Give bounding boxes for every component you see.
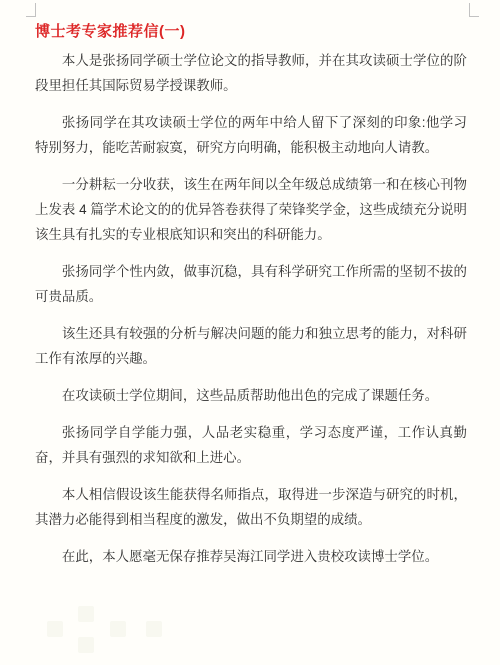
watermark-spot [78,606,94,622]
paragraph: 张扬同学个性内敛，做事沉稳，具有科学研究工作所需的坚韧不拔的可贵品质。 [35,259,467,309]
document-body: 博士考专家推荐信(一) 本人是张扬同学硕士学位论文的指导教师，并在其攻读硕士学位… [35,22,467,581]
watermark-spot [78,637,94,653]
paragraph: 该生还具有较强的分析与解决问题的能力和独立思考的能力，对科研工作有浓厚的兴趣。 [35,321,467,371]
paragraph: 本人是张扬同学硕士学位论文的指导教师，并在其攻读硕士学位的阶段里担任其国际贸易学… [35,48,467,98]
watermark-spot [110,621,126,637]
paragraph: 在此，本人愿毫无保存推荐吴海江同学进入贵校攻读博士学位。 [35,544,467,569]
page-title: 博士考专家推荐信(一) [35,22,467,42]
text-boundary-mark-top-left [26,3,36,17]
watermark-spot [146,621,162,637]
paragraph: 张扬同学在其攻读硕士学位的两年中给人留下了深刻的印象:他学习特别努力，能吃苦耐寂… [35,110,467,160]
watermark-spot [47,621,63,637]
paragraph: 张扬同学自学能力强，人品老实稳重，学习态度严谨，工作认真勤奋，并具有强烈的求知欲… [35,420,467,470]
paragraph: 在攻读硕士学位期间，这些品质帮助他出色的完成了课题任务。 [35,383,467,408]
paragraph: 本人相信假设该生能获得名师指点，取得进一步深造与研究的时机，其潜力必能得到相当程… [35,482,467,532]
paragraph: 一分耕耘一分收获，该生在两年间以全年级总成绩第一和在核心刊物上发表 4 篇学术论… [35,172,467,247]
text-boundary-mark-top-right [469,3,479,17]
document-page: 博士考专家推荐信(一) 本人是张扬同学硕士学位论文的指导教师，并在其攻读硕士学位… [0,0,500,665]
